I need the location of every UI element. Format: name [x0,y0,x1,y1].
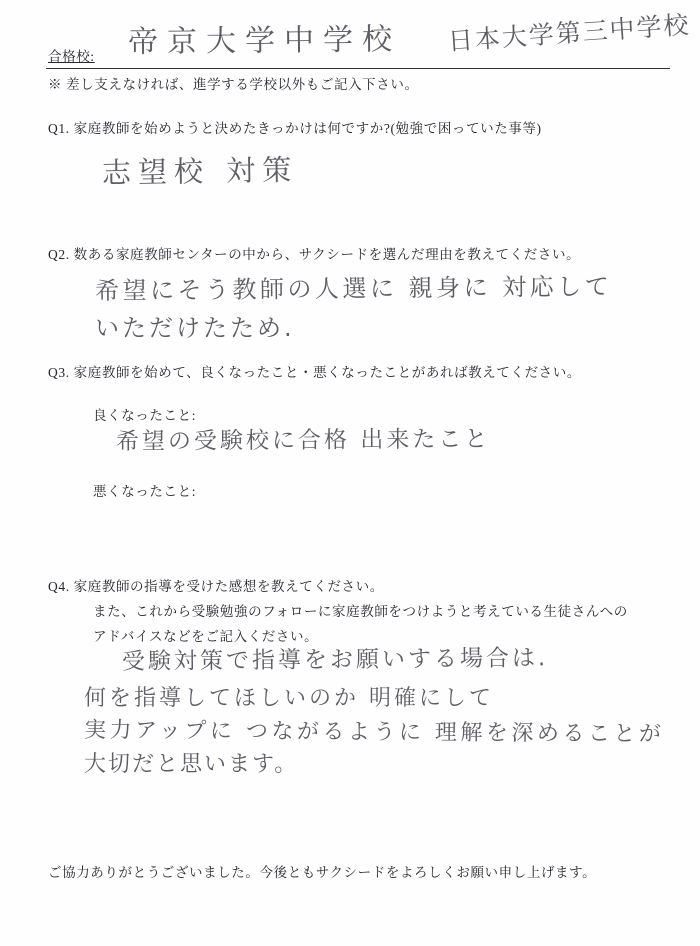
handwritten-school-1: 帝京大学中学校 [128,23,401,59]
closing-message: ご協力ありがとうございました。今後ともサクシードをよろしくお願い申し上げます。 [48,865,596,881]
q4-prompt-line2: また、これから受験勉強のフォローに家庭教師をつけようと考えている生徒さんへの [93,604,628,620]
q2-handwritten-answer-line1: 希望にそう教師の人選に 親身に 対応して [95,273,612,304]
q3-improved-handwritten-answer: 希望の受験校に合格 出来たこと [116,427,490,455]
q4-handwritten-answer-line1: 受験対策で指導をお願いする場合は. [122,646,549,675]
q3-worsened-label: 悪くなったこと: [93,484,196,500]
q3-prompt: Q3. 家庭教師を始めて、良くなったこと・悪くなったことがあれば教えてください。 [48,365,581,381]
q4-prompt-line1: Q4. 家庭教師の指導を受けた感想を教えてください。 [48,579,384,595]
q1-handwritten-answer: 志望校 対策 [102,155,299,190]
q4-handwritten-answer-line2: 何を指導してほしいのか 明確にして [84,687,494,711]
q2-prompt: Q2. 数ある家庭教師センターの中から、サクシードを選んだ理由を教えてください。 [48,247,580,263]
q4-prompt-line3: アドバイスなどをご記入ください。 [93,629,318,645]
header-note: ※ 差し支えなければ、進学する学校以外もご記入下さい。 [48,77,419,93]
q4-handwritten-answer-line4: 大切だと思います。 [84,753,298,777]
accepted-schools-label: 合格校: [48,49,95,65]
questionnaire-page: 合格校: 帝京大学中学校 日本大学第三中学校 ※ 差し支えなければ、進学する学校… [0,0,700,946]
q4-handwritten-answer-line3: 実力アップに つながるように 理解を深めることが [84,719,665,747]
q2-handwritten-answer-line2: いただけたため. [95,315,295,341]
q1-prompt: Q1. 家庭教師を始めようと決めたきっかけは何ですか?(勉強で困っていた事等) [48,121,542,137]
q3-improved-label: 良くなったこと: [93,408,196,424]
